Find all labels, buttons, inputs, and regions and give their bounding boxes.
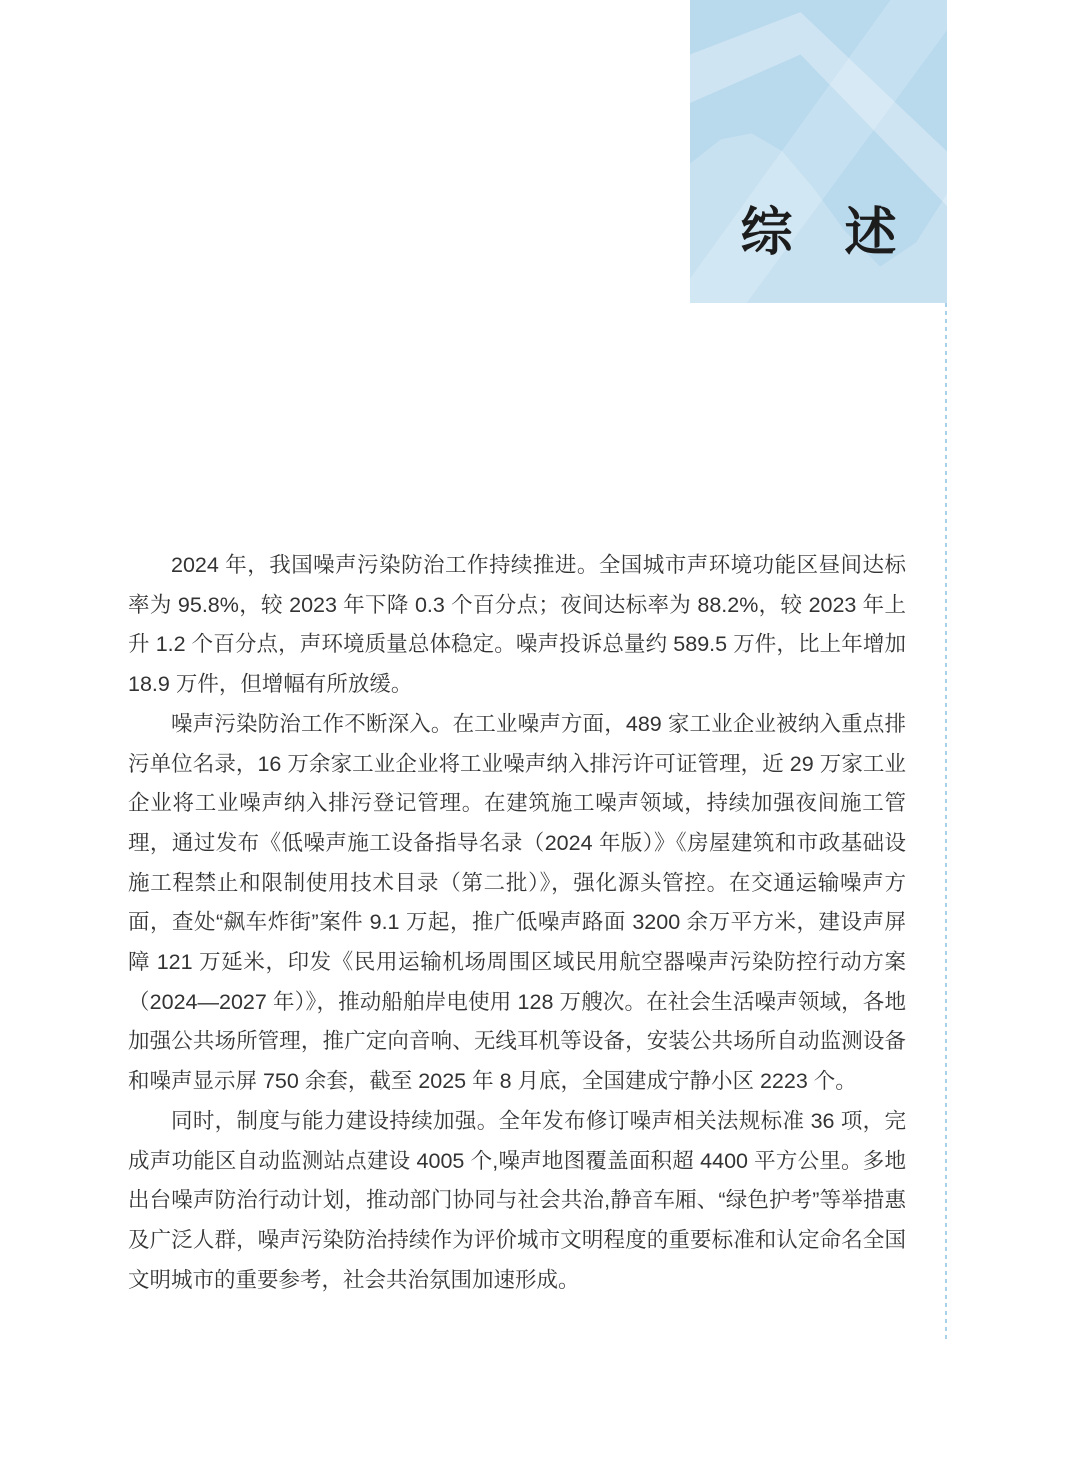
chapter-title: 综 述 [690,207,947,259]
vertical-accent-line [945,303,947,1342]
paragraph-sector-measures: 噪声污染防治工作不断深入。在工业噪声方面，489 家工业企业被纳入重点排污单位名… [128,705,906,1102]
paragraph-institutional-capacity: 同时，制度与能力建设持续加强。全年发布修订噪声相关法规标准 36 项，完成声功能… [128,1102,906,1301]
body-text-block: 2024 年，我国噪声污染防治工作持续推进。全国城市声环境功能区昼间达标率为 9… [128,546,906,1300]
paragraph-overview-stats: 2024 年，我国噪声污染防治工作持续推进。全国城市声环境功能区昼间达标率为 9… [128,546,906,705]
chapter-header-box: 综 述 [690,0,947,303]
